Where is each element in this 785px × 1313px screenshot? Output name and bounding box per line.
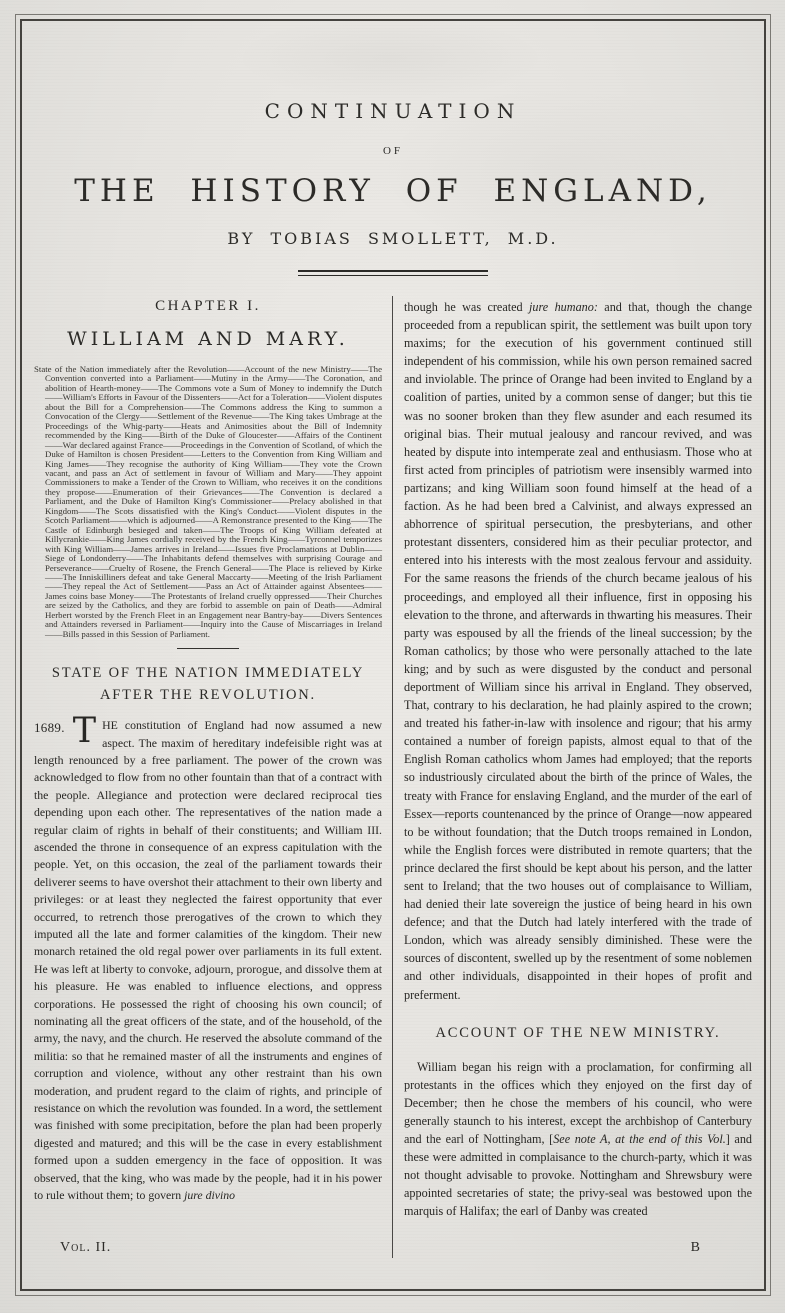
series-connector: OF bbox=[34, 145, 752, 157]
title-block: CONTINUATION OF THE HISTORY OF ENGLAND, … bbox=[34, 99, 752, 276]
chapter-heading: CHAPTER I. bbox=[34, 298, 382, 315]
marginal-year: 1689. bbox=[34, 717, 65, 736]
right-column: though he was created jure humano: and t… bbox=[404, 296, 752, 1258]
volume-signature: Vol. II. bbox=[34, 1236, 382, 1258]
printer-signature-mark: B bbox=[404, 1236, 752, 1258]
latin-phrase: jure divino bbox=[184, 1188, 235, 1202]
title-rule bbox=[298, 270, 488, 276]
argument-rule bbox=[177, 648, 239, 649]
chapter-title: WILLIAM AND MARY. bbox=[34, 328, 382, 350]
body-text-segment: and that, though the change proceeded fr… bbox=[404, 300, 752, 1002]
body-text-segment: HE constitution of England had now assum… bbox=[34, 718, 382, 1202]
left-column: CHAPTER I. WILLIAM AND MARY. State of th… bbox=[34, 296, 382, 1258]
author-byline: BY TOBIAS SMOLLETT, M.D. bbox=[34, 229, 752, 248]
section-heading-new-ministry: ACCOUNT OF THE NEW MINISTRY. bbox=[404, 1022, 752, 1044]
book-title: THE HISTORY OF ENGLAND, bbox=[34, 173, 752, 209]
column-divider-rule bbox=[392, 296, 393, 1258]
page-border-inner: CONTINUATION OF THE HISTORY OF ENGLAND, … bbox=[20, 19, 766, 1291]
section-heading-state-of-nation: STATE OF THE NATION IMMEDIATELY AFTER TH… bbox=[34, 662, 382, 706]
chapter-argument: State of the Nation immediately after th… bbox=[34, 365, 382, 639]
book-page-scan: CONTINUATION OF THE HISTORY OF ENGLAND, … bbox=[0, 0, 785, 1313]
body-text-segment: though he was created bbox=[404, 300, 529, 314]
body-paragraph-left: 1689.THE constitution of England had now… bbox=[34, 717, 382, 1204]
section-heading-line1: STATE OF THE NATION IMMEDIATELY bbox=[34, 662, 382, 684]
editorial-note: See note A, at the end of this Vol. bbox=[553, 1132, 726, 1146]
paragraph-opener: 1689.T bbox=[34, 717, 96, 748]
page-border-outer: CONTINUATION OF THE HISTORY OF ENGLAND, … bbox=[15, 14, 771, 1296]
drop-cap: T bbox=[73, 717, 96, 745]
series-title: CONTINUATION bbox=[34, 99, 752, 123]
section-heading-line2: AFTER THE REVOLUTION. bbox=[34, 684, 382, 706]
body-paragraph-right-2: William began his reign with a proclamat… bbox=[404, 1058, 752, 1221]
body-paragraph-right-1: though he was created jure humano: and t… bbox=[404, 298, 752, 1004]
two-column-text: CHAPTER I. WILLIAM AND MARY. State of th… bbox=[34, 296, 752, 1258]
latin-phrase: jure humano: bbox=[529, 300, 598, 314]
